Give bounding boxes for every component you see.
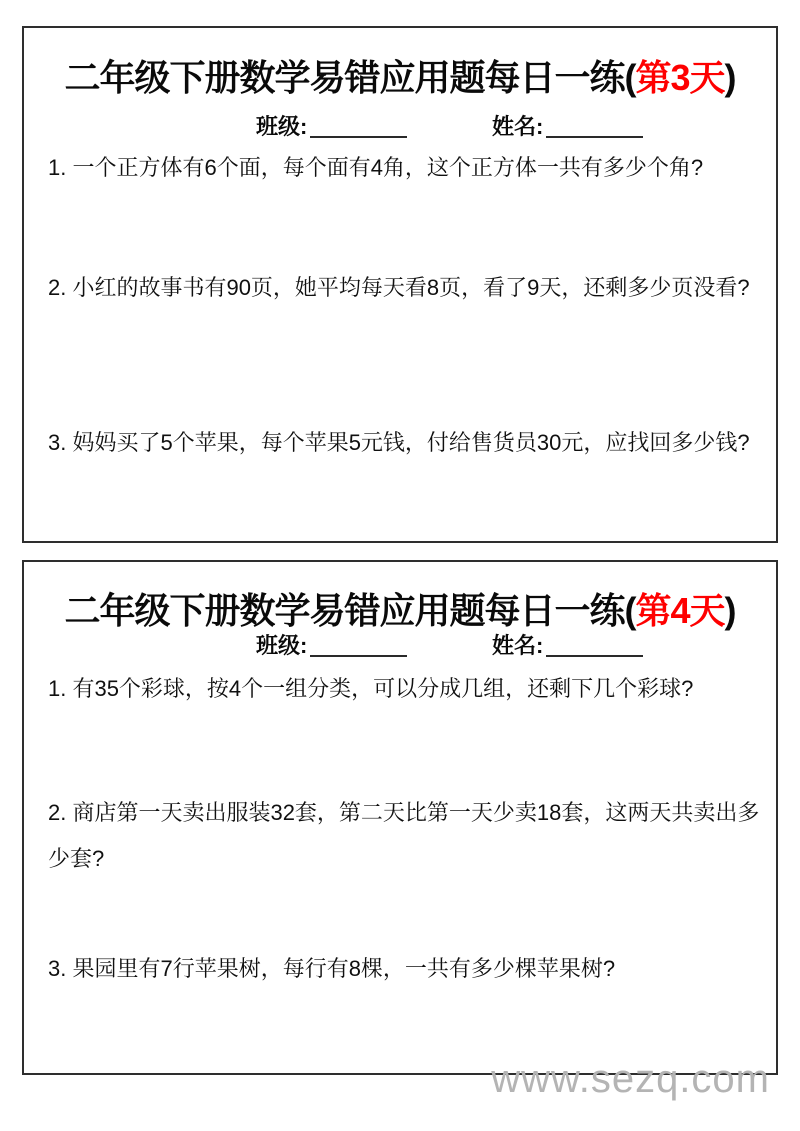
question-1: 1. 一个正方体有6个面，每个面有4角，这个正方体一共有多少个角? [48,145,768,191]
name-label: 姓名: [492,633,543,658]
question-2: 2. 商店第一天卖出服装32套，第二天比第一天少卖18套，这两天共卖出多少套? [48,790,768,882]
question-3: 3. 果园里有7行苹果树，每行有8棵，一共有多少棵苹果树? [48,946,768,992]
worksheet-page: 二年级下册数学易错应用题每日一练(第3天) 班级: 姓名: 1. 一个正方体有6… [0,0,800,1131]
title-text: 二年级下册数学易错应用题每日一练( [64,57,635,98]
name-blank-line [546,136,643,138]
question-2: 2. 小红的故事书有90页，她平均每天看8页，看了9天，还剩多少页没看? [48,265,768,311]
worksheet-day4: 二年级下册数学易错应用题每日一练(第4天) 班级: 姓名: 1. 有35个彩球，… [22,560,778,1075]
title-close-paren: ) [725,57,736,98]
title-day-badge: 第4天 [635,590,724,631]
class-blank-line [310,136,407,138]
class-label: 班级: [256,633,307,658]
class-label: 班级: [256,114,307,139]
worksheet-day4-title: 二年级下册数学易错应用题每日一练(第4天) [24,583,776,634]
name-blank-line [546,655,643,657]
question-1: 1. 有35个彩球，按4个一组分类，可以分成几组，还剩下几个彩球? [48,666,768,712]
name-field: 姓名: [492,110,643,141]
watermark: www.sezq.com [491,1057,770,1101]
title-close-paren: ) [725,590,736,631]
worksheet-day3: 二年级下册数学易错应用题每日一练(第3天) 班级: 姓名: 1. 一个正方体有6… [22,26,778,543]
class-field: 班级: [256,110,407,141]
worksheet-day3-title: 二年级下册数学易错应用题每日一练(第3天) [24,50,776,101]
class-blank-line [310,655,407,657]
name-label: 姓名: [492,114,543,139]
title-text: 二年级下册数学易错应用题每日一练( [64,590,635,631]
question-3: 3. 妈妈买了5个苹果，每个苹果5元钱，付给售货员30元，应找回多少钱? [48,420,768,466]
name-field: 姓名: [492,629,643,660]
title-day-badge: 第3天 [635,57,724,98]
class-field: 班级: [256,629,407,660]
